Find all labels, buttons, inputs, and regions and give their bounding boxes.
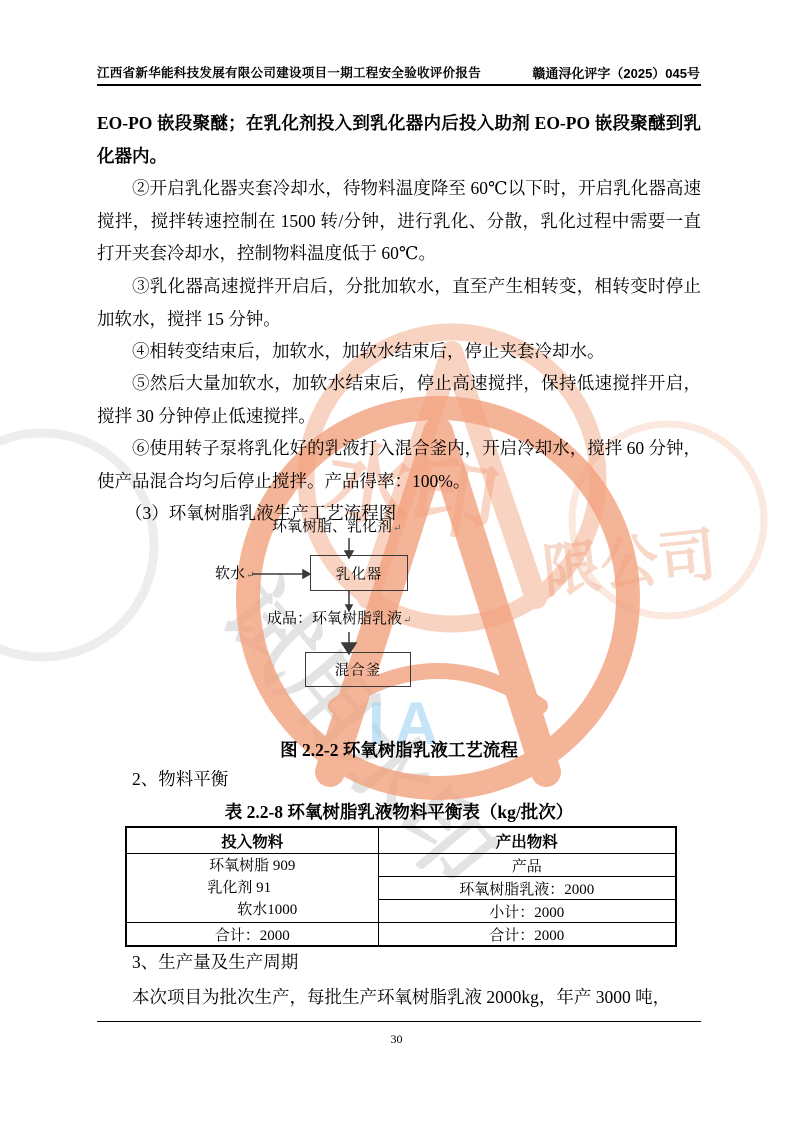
page-number: 30 [0,1032,793,1047]
page-content: 江西省新华能科技发展有限公司建设项目一期工程安全验收评价报告 赣通浔化评字（20… [0,0,793,1122]
col-header-input: 投入物料 [126,827,378,854]
header-rule [97,84,701,86]
paragraph-step2: ②开启乳化器夹套冷却水，待物料温度降至 60℃以下时，开启乳化器高速搅拌，搅拌转… [97,172,701,270]
table-caption: 表 2.2-8 环氧树脂乳液物料平衡表（kg/批次） [97,799,701,824]
material-balance-table: 投入物料 产出物料 环氧树脂 909 乳化剂 91 软水1000 产品 环氧树脂… [125,826,677,947]
paragraph-eo-po: EO-PO 嵌段聚醚；在乳化剂投入到乳化器内后投入助剂 EO-PO 嵌段聚醚到乳… [97,107,701,172]
paragraph-step5: ⑤然后大量加软水，加软水结束后，停止高速搅拌，保持低速搅拌开启，搅拌 30 分钟… [97,367,701,432]
footer-rule [97,1021,701,1022]
input-line: 环氧树脂 909 [127,855,378,877]
table-header-row: 投入物料 产出物料 [126,827,676,854]
cell-output-emulsion: 环氧树脂乳液：2000 [378,877,676,900]
arrow-down-icon [345,551,353,558]
closing-paragraph: 本次项目为批次生产，每批生产环氧树脂乳液 2000kg，年产 3000 吨， [97,981,701,1014]
table-row: 环氧树脂 909 乳化剂 91 软水1000 产品 [126,854,676,877]
paragraph-step3: ③乳化器高速搅拌开启后，分批加软水，直至产生相转变，相转变时停止加软水，搅拌 1… [97,270,701,335]
input-line: 软水1000 [142,899,393,921]
cell-output-product: 产品 [378,854,676,877]
cell-output-subtotal: 小计：2000 [378,900,676,923]
section-3-heading: 3、生产量及生产周期 [97,949,701,974]
figure-caption: 图 2.2-2 环氧树脂乳液工艺流程 [97,737,701,762]
diagram-connectors [200,515,520,700]
paragraph-step4: ④相转变结束后，加软水，加软水结束后，停止夹套冷却水。 [97,335,701,368]
arrow-down-solid-icon [342,643,356,654]
cell-input-total: 合计：2000 [126,923,378,947]
cell-input-materials: 环氧树脂 909 乳化剂 91 软水1000 [126,854,378,923]
cell-output-total: 合计：2000 [378,923,676,947]
input-line: 乳化剂 91 [114,877,365,899]
arrow-down-small-icon [346,605,352,611]
arrow-right-icon [303,570,310,578]
header-report-title: 江西省新华能科技发展有限公司建设项目一期工程安全验收评价报告 [97,63,481,81]
section-2-heading: 2、物料平衡 [97,766,701,791]
paragraph-step6: ⑥使用转子泵将乳化好的乳液打入混合釜内，开启冷却水，搅拌 60 分钟，使产品混合… [97,432,701,497]
table-total-row: 合计：2000 合计：2000 [126,923,676,947]
document-page: 试用水印 水印 限公司 IA 江西省新华能科技发展有限公司建设项目一期工程安全验… [0,0,793,1122]
col-header-output: 产出物料 [378,827,676,854]
header-document-number: 赣通浔化评字（2025）045号 [532,63,700,82]
